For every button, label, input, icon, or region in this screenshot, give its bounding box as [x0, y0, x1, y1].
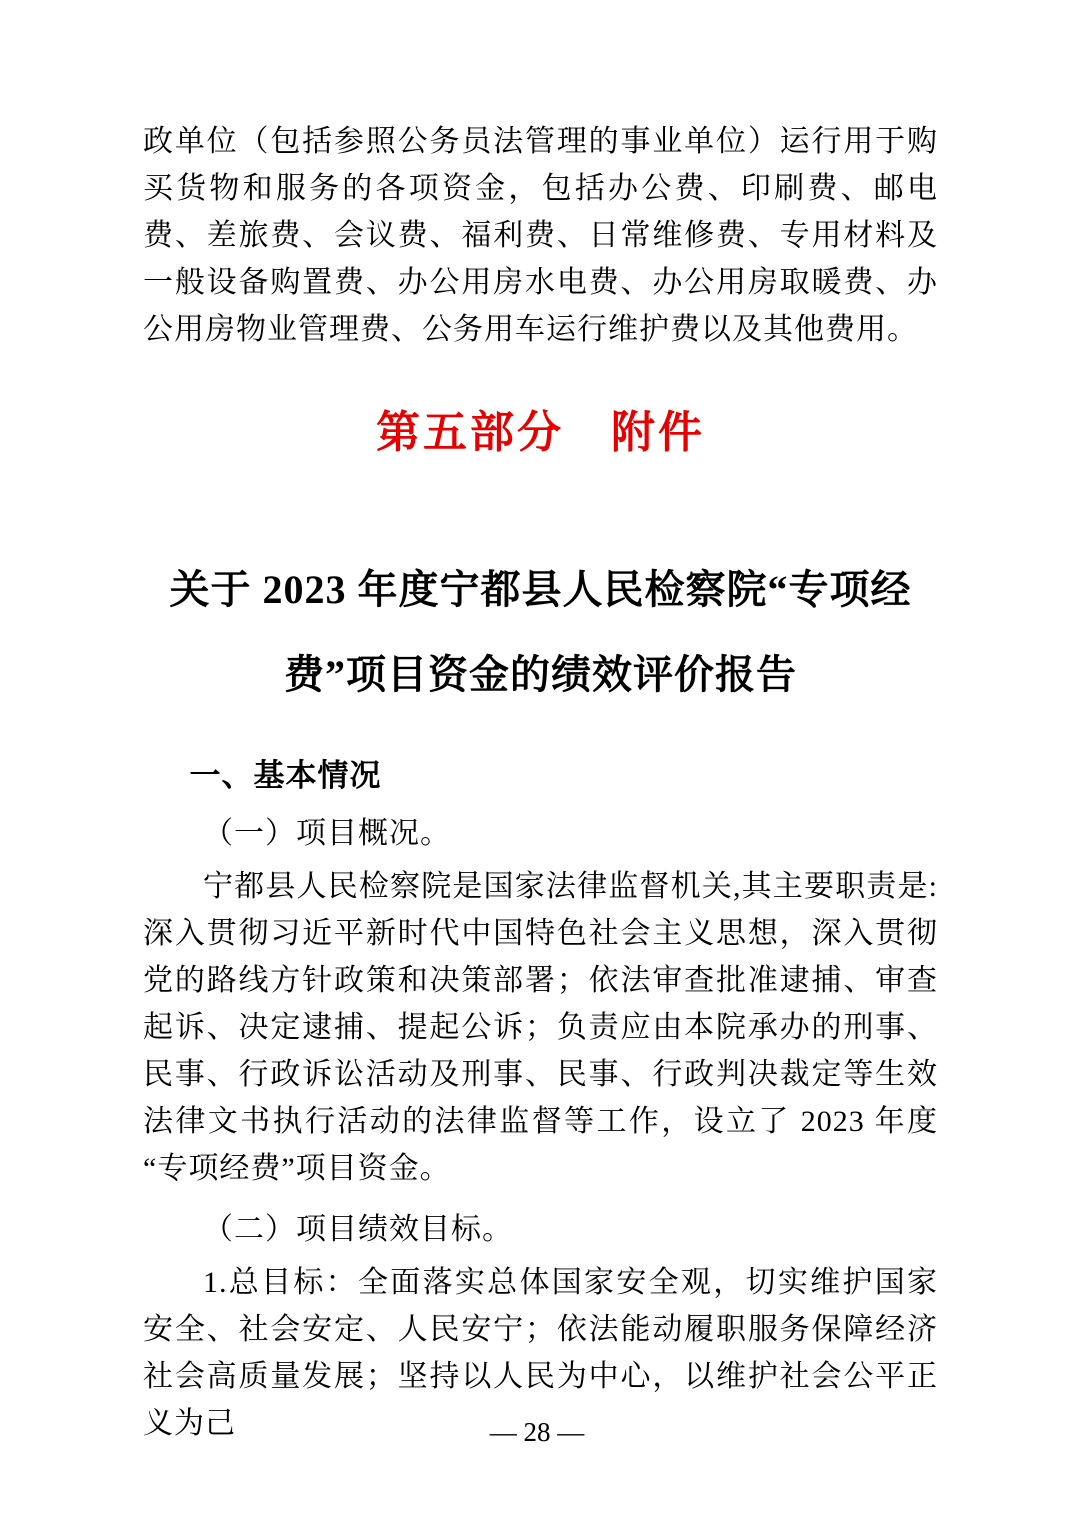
paragraph-project-overview: 宁都县人民检察院是国家法律监督机关,其主要职责是:深入贯彻习近平新时代中国特色社… [143, 863, 938, 1192]
page-number: — 28 — [0, 1416, 1074, 1448]
report-title: 关于 2023 年度宁都县人民检察院“专项经 费”项目资金的绩效评价报告 [143, 565, 938, 700]
part-heading: 第五部分 附件 [143, 405, 938, 461]
report-title-line-2: 费”项目资金的绩效评价报告 [143, 650, 938, 700]
continued-paragraph: 政单位（包括参照公务员法管理的事业单位）运行用于购买货物和服务的各项资金，包括办… [143, 118, 938, 353]
subsection-1-2-heading: （二）项目绩效目标。 [143, 1206, 938, 1253]
section-1-heading: 一、基本情况 [143, 756, 938, 796]
report-title-line-1: 关于 2023 年度宁都县人民检察院“专项经 [143, 565, 938, 615]
document-page: 政单位（包括参照公务员法管理的事业单位）运行用于购买货物和服务的各项资金，包括办… [0, 0, 1074, 1520]
subsection-1-1-heading: （一）项目概况。 [143, 810, 938, 857]
